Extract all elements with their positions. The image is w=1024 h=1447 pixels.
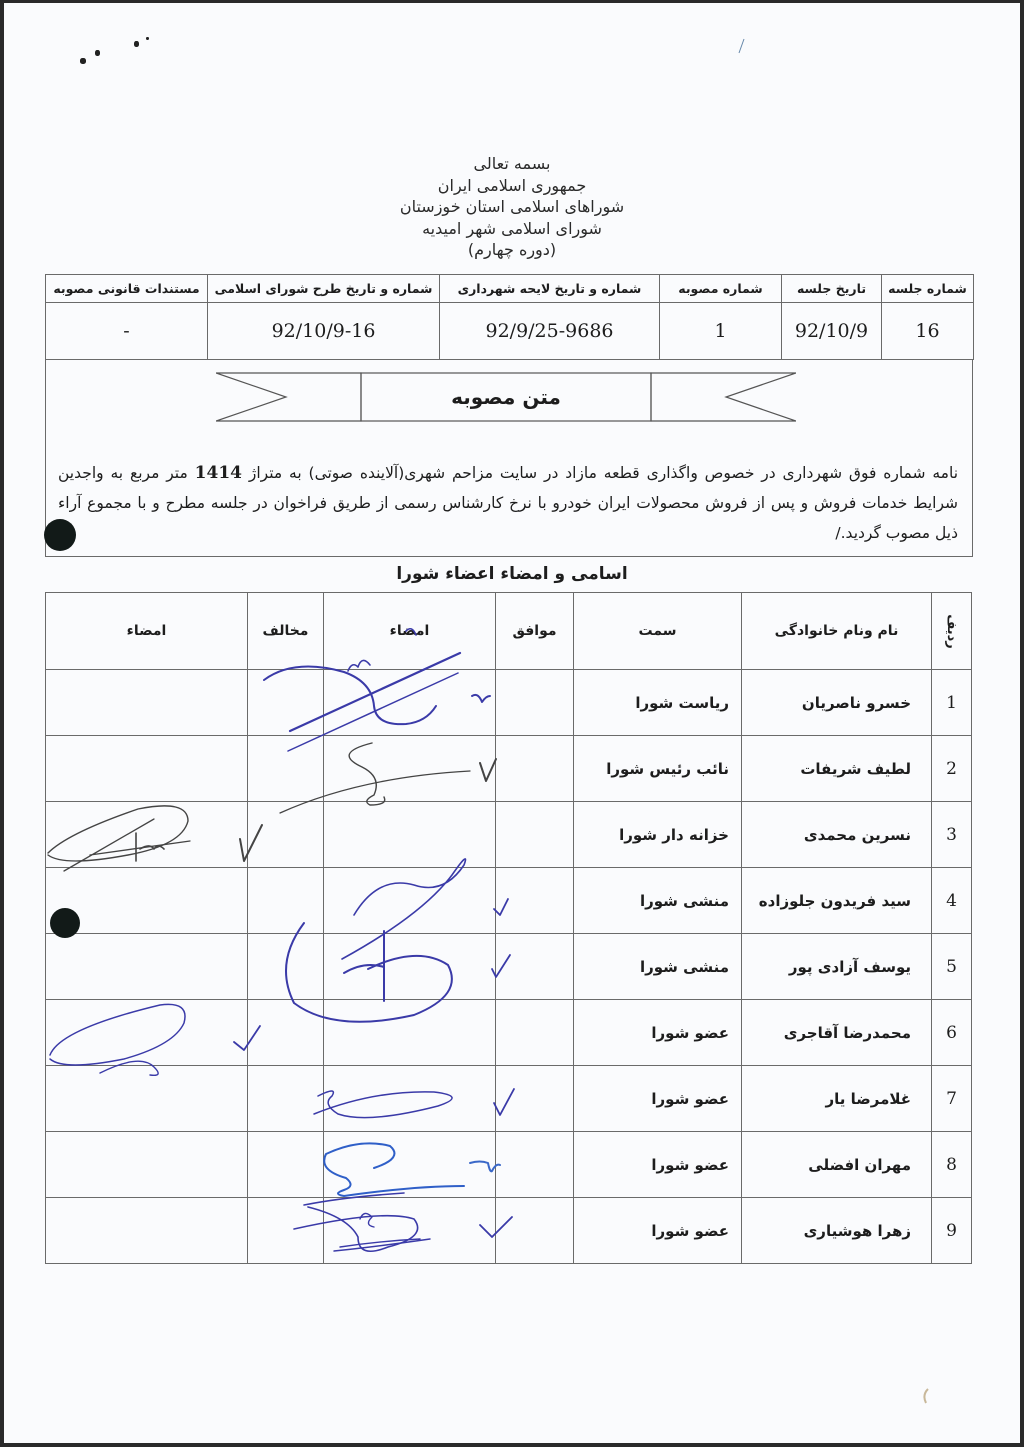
resolution-title: متن مصوبه [361, 374, 651, 420]
row-number: 5 [932, 934, 972, 1000]
header-line: بسمه تعالی [4, 153, 1020, 175]
member-role: منشی شورا [574, 934, 742, 1000]
agree-sign-cell [324, 736, 496, 802]
resolution-banner: متن مصوبه [216, 372, 796, 422]
agree-sign-cell [324, 868, 496, 934]
member-name: مهران افضلی [742, 1132, 932, 1198]
header-row: ردیف [944, 614, 959, 649]
legal-documents: - [46, 303, 208, 360]
member-role: منشی شورا [574, 868, 742, 934]
member-role: خزانه دار شورا [574, 802, 742, 868]
agree-cell [496, 736, 574, 802]
agree-sign-cell [324, 1000, 496, 1066]
row-number: 8 [932, 1132, 972, 1198]
member-role: عضو شورا [574, 1132, 742, 1198]
row-number: 3 [932, 802, 972, 868]
oppose-cell [248, 1198, 324, 1264]
municipality-bill: 92/9/25-9686 [440, 303, 660, 360]
row-number: 1 [932, 670, 972, 736]
oppose-sign-cell [46, 802, 248, 868]
header-agree-sign: امضاء [324, 593, 496, 670]
oppose-cell [248, 1066, 324, 1132]
header-line: شورای اسلامی شهر امیدیه [4, 218, 1020, 240]
table-row: 3 نسرین محمدی خزانه دار شورا [46, 802, 972, 868]
meta-header-cell: شماره و تاریخ لایحه شهرداری [440, 275, 660, 303]
scan-speck [80, 58, 86, 64]
scan-stain [924, 1389, 928, 1403]
agree-sign-cell [324, 1066, 496, 1132]
member-name: نسرین محمدی [742, 802, 932, 868]
table-row: 5 یوسف آزادی پور منشی شورا [46, 934, 972, 1000]
oppose-cell [248, 868, 324, 934]
punch-hole [50, 908, 80, 938]
header-role: سمت [574, 593, 742, 670]
table-row: 4 سید فریدون جلوزاده منشی شورا [46, 868, 972, 934]
header-oppose-sign: امضاء [46, 593, 248, 670]
agree-sign-cell [324, 802, 496, 868]
agree-cell [496, 1000, 574, 1066]
meta-table: شماره جلسه تاریخ جلسه شماره مصوبه شماره … [45, 274, 974, 360]
meta-header-cell: مستندات قانونی مصوبه [46, 275, 208, 303]
header-row-col: ردیف [932, 593, 972, 670]
member-name: غلامرضا یار [742, 1066, 932, 1132]
resolution-area: 1414 [195, 463, 242, 483]
row-number: 9 [932, 1198, 972, 1264]
oppose-cell [248, 736, 324, 802]
member-name: یوسف آزادی پور [742, 934, 932, 1000]
oppose-cell [248, 934, 324, 1000]
table-row: 6 محمدرضا آقاجری عضو شورا [46, 1000, 972, 1066]
scan-mark [739, 39, 744, 53]
header-line: جمهوری اسلامی ایران [4, 175, 1020, 197]
member-role: عضو شورا [574, 1000, 742, 1066]
oppose-cell [248, 1000, 324, 1066]
meta-header-cell: شماره جلسه [882, 275, 974, 303]
agree-sign-cell [324, 670, 496, 736]
meta-header-cell: شماره مصوبه [660, 275, 782, 303]
scan-speck [134, 41, 139, 47]
document-header: بسمه تعالی جمهوری اسلامی ایران شوراهای ا… [4, 153, 1020, 261]
members-header-row: ردیف نام ونام خانوادگی سمت موافق امضاء م… [46, 593, 972, 670]
oppose-cell [248, 1132, 324, 1198]
row-number: 7 [932, 1066, 972, 1132]
members-table: ردیف نام ونام خانوادگی سمت موافق امضاء م… [45, 592, 972, 1264]
agree-cell [496, 670, 574, 736]
session-date: 92/10/9 [782, 303, 882, 360]
table-row: 9 زهرا هوشیاری عضو شورا [46, 1198, 972, 1264]
header-line: شوراهای اسلامی استان خوزستان [4, 196, 1020, 218]
document-page: بسمه تعالی جمهوری اسلامی ایران شوراهای ا… [4, 3, 1020, 1443]
table-row: 2 لطیف شریفات نائب رئیس شورا [46, 736, 972, 802]
oppose-sign-cell [46, 934, 248, 1000]
agree-sign-cell [324, 1132, 496, 1198]
member-name: لطیف شریفات [742, 736, 932, 802]
members-title: اسامی و امضاء اعضاء شورا [4, 564, 1020, 584]
member-role: عضو شورا [574, 1066, 742, 1132]
header-line: (دوره چهارم) [4, 239, 1020, 261]
council-plan: 92/10/9-16 [208, 303, 440, 360]
meta-value-row: 16 92/10/9 1 92/9/25-9686 92/10/9-16 - [46, 303, 974, 360]
table-row: 1 خسرو ناصریان ریاست شورا [46, 670, 972, 736]
meta-header-cell: تاریخ جلسه [782, 275, 882, 303]
oppose-sign-cell [46, 1132, 248, 1198]
resolution-text-part1: نامه شماره فوق شهرداری در خصوص واگذاری ق… [242, 464, 958, 482]
table-row: 8 مهران افضلی عضو شورا [46, 1132, 972, 1198]
agree-cell [496, 868, 574, 934]
oppose-sign-cell [46, 1198, 248, 1264]
scan-speck [95, 50, 100, 56]
member-name: محمدرضا آقاجری [742, 1000, 932, 1066]
header-oppose: مخالف [248, 593, 324, 670]
oppose-sign-cell [46, 1000, 248, 1066]
agree-sign-cell [324, 1198, 496, 1264]
scan-speck [146, 37, 149, 40]
agree-cell [496, 1066, 574, 1132]
header-agree: موافق [496, 593, 574, 670]
row-number: 6 [932, 1000, 972, 1066]
table-row: 7 غلامرضا یار عضو شورا [46, 1066, 972, 1132]
agree-cell [496, 802, 574, 868]
oppose-sign-cell [46, 1066, 248, 1132]
agree-cell [496, 1132, 574, 1198]
meta-header-row: شماره جلسه تاریخ جلسه شماره مصوبه شماره … [46, 275, 974, 303]
punch-hole [44, 519, 76, 551]
meta-header-cell: شماره و تاریخ طرح شورای اسلامی [208, 275, 440, 303]
resolution-text: نامه شماره فوق شهرداری در خصوص واگذاری ق… [58, 458, 958, 548]
oppose-sign-cell [46, 736, 248, 802]
member-role: عضو شورا [574, 1198, 742, 1264]
member-name: زهرا هوشیاری [742, 1198, 932, 1264]
member-role: ریاست شورا [574, 670, 742, 736]
oppose-cell [248, 802, 324, 868]
agree-sign-cell [324, 934, 496, 1000]
agree-cell [496, 934, 574, 1000]
member-name: خسرو ناصریان [742, 670, 932, 736]
agree-cell [496, 1198, 574, 1264]
member-name: سید فریدون جلوزاده [742, 868, 932, 934]
session-number: 16 [882, 303, 974, 360]
member-role: نائب رئیس شورا [574, 736, 742, 802]
resolution-number: 1 [660, 303, 782, 360]
oppose-cell [248, 670, 324, 736]
resolution-box: متن مصوبه نامه شماره فوق شهرداری در خصوص… [45, 360, 973, 557]
header-name: نام ونام خانوادگی [742, 593, 932, 670]
row-number: 2 [932, 736, 972, 802]
row-number: 4 [932, 868, 972, 934]
oppose-sign-cell [46, 670, 248, 736]
